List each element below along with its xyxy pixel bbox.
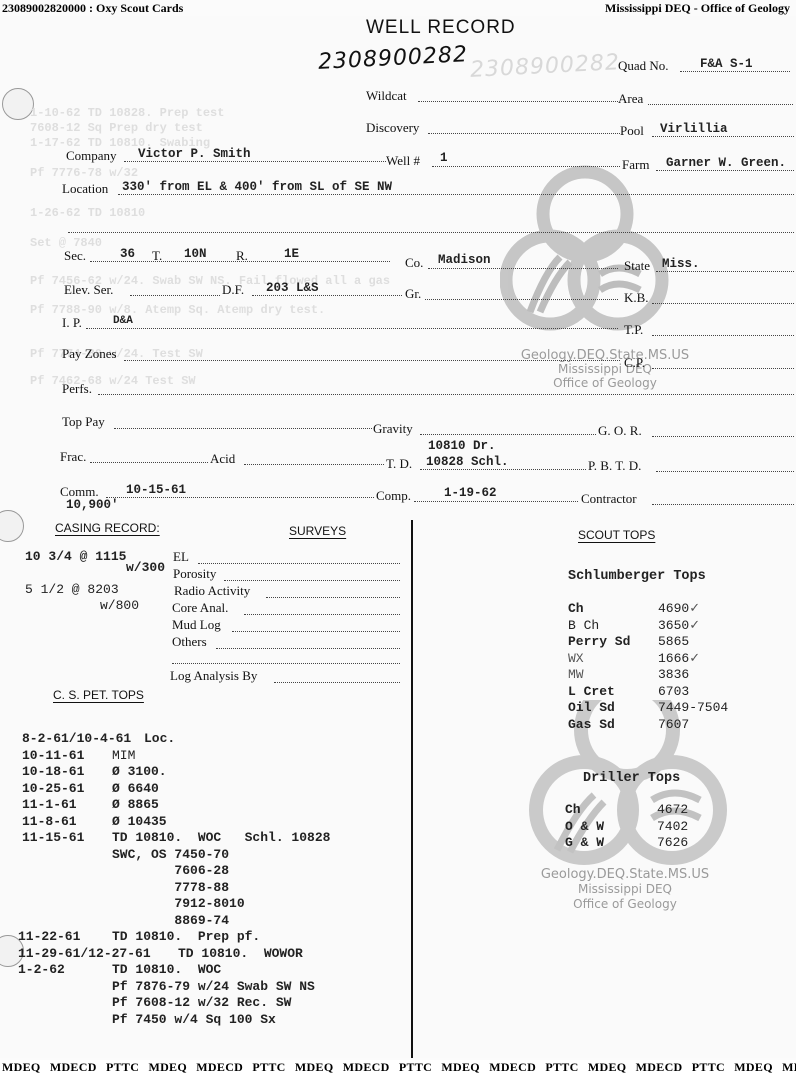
log-line: Pf 7876-79 w/24 Swab SW NS [22,979,330,996]
tops-row: B Ch3650✓ [568,618,728,635]
column-divider [411,520,413,1058]
log-line: 7778-88 [22,880,330,897]
county-value: Madison [438,253,491,267]
log-line: 11-15-61TD 10810. WOC Schl. 10828 [22,830,330,847]
schlumberger-tops-table: Ch4690✓ B Ch3650✓ Perry Sd5865 WX1666✓ M… [568,601,728,733]
location-value: 330' from EL & 400' from SL of SE NW [122,180,392,194]
initial-production-value: D&A [113,315,133,327]
section-value: 36 [120,247,135,261]
tops-row: MW3836 [568,667,728,684]
log-line: 10-25-61Ø 6640 [22,781,330,798]
tops-row: WX1666✓ [568,651,728,668]
log-line: Pf 7608-12 w/32 Rec. SW [22,995,330,1012]
log-line: 11-29-61/12-27-61TD 10810. WOWOR [18,946,330,963]
checkmark-icon: ✓ [689,601,700,618]
casing-record-heading: CASING RECORD: [55,521,160,535]
log-line: 11-22-61TD 10810. Prep pf. [18,929,330,946]
tops-row: Oil Sd7449-7504 [568,700,728,717]
range-value: 1E [284,247,299,261]
log-line: 10-11-61MIM [22,748,330,765]
tops-row: G & W7626 [565,835,688,852]
projected-depth-value: 10,900' [66,498,119,512]
log-line: 1-2-62TD 10810. WOC [18,962,330,979]
pool-value: Virlillia [660,122,728,136]
checkmark-icon: ✓ [689,618,700,635]
surveys-heading: SURVEYS [289,524,346,538]
township-value: 10N [184,247,207,261]
log-line: 11-8-61Ø 10435 [22,814,330,831]
cs-pet-tops-heading: C. S. PET. TOPS [53,688,144,702]
log-line: SWC, OS 7450-70 [22,847,330,864]
tops-row: Gas Sd7607 [568,717,728,734]
tops-row: Perry Sd5865 [568,634,728,651]
log-line: 7912-8010 [22,896,330,913]
completed-date-value: 1-19-62 [444,486,497,500]
document-id-header: 23089002820000 : Oxy Scout Cards [2,1,183,16]
commenced-date-value: 10-15-61 [126,483,186,497]
schlumberger-tops-heading: Schlumberger Tops [568,569,706,584]
casing-cement-2: w/800 [100,598,139,613]
state-value: Miss. [662,257,700,271]
log-line: 8869-74 [22,913,330,930]
derrick-floor-value: 203 L&S [266,281,319,295]
agency-header: Mississippi DEQ - Office of Geology [605,1,790,16]
well-number-value: 1 [440,151,448,165]
total-depth-schl-value: 10828 Schl. [426,455,509,469]
driller-tops-heading: Driller Tops [583,771,680,786]
log-line: 11-1-61Ø 8865 [22,797,330,814]
cs-pet-tops-log: 8-2-61/10-4-61Loc. 10-11-61MIM 10-18-61Ø… [22,731,330,1028]
form-title: WELL RECORD [366,17,516,39]
footer-agency-strip: MDEQ MDECD PTTC MDEQ MDECD PTTC MDEQ MDE… [0,1060,796,1078]
casing-cement-1: w/300 [126,560,165,575]
farm-value: Garner W. Green. [666,156,786,170]
tops-row: Ch4690✓ [568,601,728,618]
company-value: Victor P. Smith [138,147,251,161]
total-depth-driller-value: 10810 Dr. [428,439,496,453]
log-line: Pf 7450 w/4 Sq 100 Sx [22,1012,330,1029]
casing-size-2: 5 1/2 @ 8203 [25,582,119,597]
tops-row: L Cret6703 [568,684,728,701]
quad-no-value: F&A S-1 [700,57,753,71]
tops-row: Ch4672 [565,802,688,819]
scout-tops-heading: SCOUT TOPS [578,528,655,542]
log-line: 8-2-61/10-4-61Loc. [22,731,330,748]
casing-size-1: 10 3/4 @ 1115 [25,549,126,564]
checkmark-icon: ✓ [689,651,700,668]
watermark-rings-icon [500,162,670,347]
log-line: 10-18-61Ø 3100. [22,764,330,781]
log-line: 7606-28 [22,863,330,880]
tops-row: O & W7402 [565,819,688,836]
driller-tops-table: Ch4672 O & W7402 G & W7626 [565,802,688,852]
